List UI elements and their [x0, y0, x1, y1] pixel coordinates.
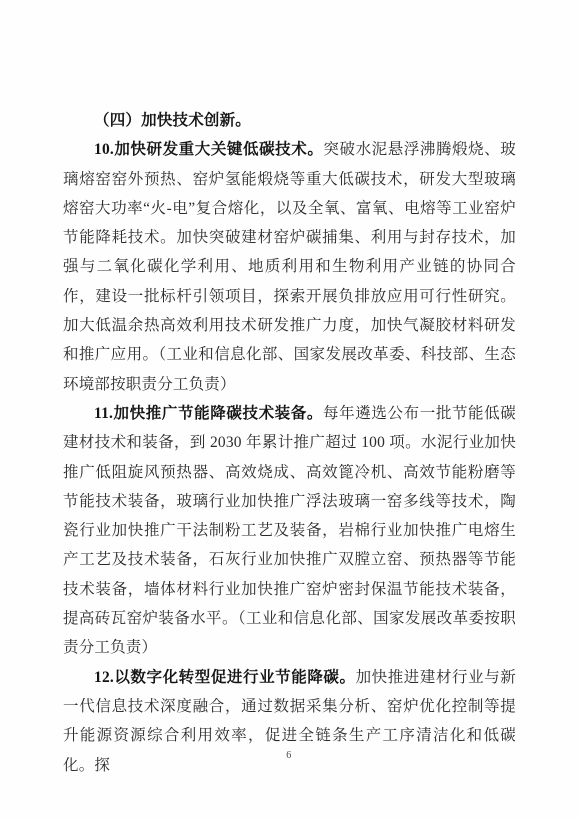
document-page: （四）加快技术创新。 10.加快研发重大关键低碳技术。突破水泥悬浮沸腾煅烧、玻璃…	[0, 0, 578, 818]
paragraph-10-label: 10.加快研发重大关键低碳技术。	[94, 141, 323, 158]
scanned-document-page: { "document": { "section_heading": "（四）加…	[0, 0, 578, 818]
paragraph-12-label: 12.以数字化转型促进行业节能降碳。	[94, 669, 356, 686]
paragraph-11: 11.加快推广节能降碳技术装备。每年遴选公布一批节能低碳建材技术和装备，到 20…	[63, 399, 516, 663]
paragraph-10-body: 突破水泥悬浮沸腾煅烧、玻璃熔窑窑外预热、窑炉氢能煅烧等重大低碳技术，研发大型玻璃…	[63, 141, 516, 392]
section-heading: （四）加快技术创新。	[63, 106, 516, 135]
page-content: （四）加快技术创新。 10.加快研发重大关键低碳技术。突破水泥悬浮沸腾煅烧、玻璃…	[63, 106, 516, 780]
paragraph-11-label: 11.加快推广节能降碳技术装备。	[94, 405, 323, 422]
paragraph-10: 10.加快研发重大关键低碳技术。突破水泥悬浮沸腾煅烧、玻璃熔窑窑外预热、窑炉氢能…	[63, 135, 516, 399]
paragraph-11-body: 每年遴选公布一批节能低碳建材技术和装备，到 2030 年累计推广超过 100 项…	[63, 405, 516, 656]
page-number: 6	[0, 750, 578, 761]
paragraph-12: 12.以数字化转型促进行业节能降碳。加快推进建材行业与新一代信息技术深度融合，通…	[63, 663, 516, 780]
